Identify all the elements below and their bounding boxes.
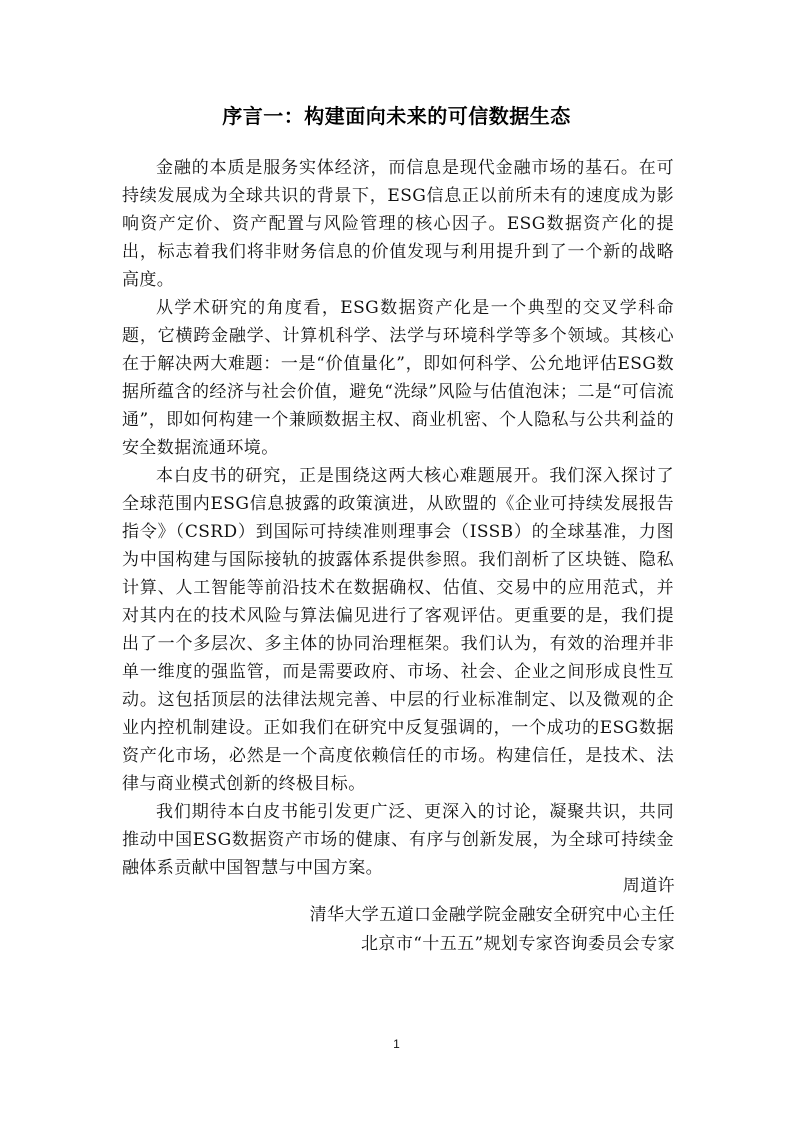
- body-text: 金融的本质是服务实体经济，而信息是现代金融市场的基石。在可持续发展成为全球共识的…: [122, 154, 674, 882]
- paragraph: 从学术研究的角度看，ESG数据资产化是一个典型的交叉学科命题，它横跨金融学、计算…: [122, 294, 674, 462]
- page-title: 序言一：构建面向未来的可信数据生态: [0, 100, 793, 129]
- signature-block: 周道许 清华大学五道口金融学院金融安全研究中心主任 北京市“十五五”规划专家咨询…: [310, 872, 675, 959]
- paragraph: 金融的本质是服务实体经济，而信息是现代金融市场的基石。在可持续发展成为全球共识的…: [122, 154, 674, 294]
- author-affiliation: 北京市“十五五”规划专家咨询委员会专家: [310, 930, 675, 959]
- paragraph: 本白皮书的研究，正是围绕这两大核心难题展开。我们深入探讨了全球范围内ESG信息披…: [122, 462, 674, 798]
- author-affiliation: 清华大学五道口金融学院金融安全研究中心主任: [310, 901, 675, 930]
- author-name: 周道许: [310, 872, 675, 901]
- document-page: 序言一：构建面向未来的可信数据生态 金融的本质是服务实体经济，而信息是现代金融市…: [0, 0, 793, 1122]
- paragraph: 我们期待本白皮书能引发更广泛、更深入的讨论，凝聚共识，共同推动中国ESG数据资产…: [122, 798, 674, 882]
- page-number: 1: [0, 1037, 793, 1051]
